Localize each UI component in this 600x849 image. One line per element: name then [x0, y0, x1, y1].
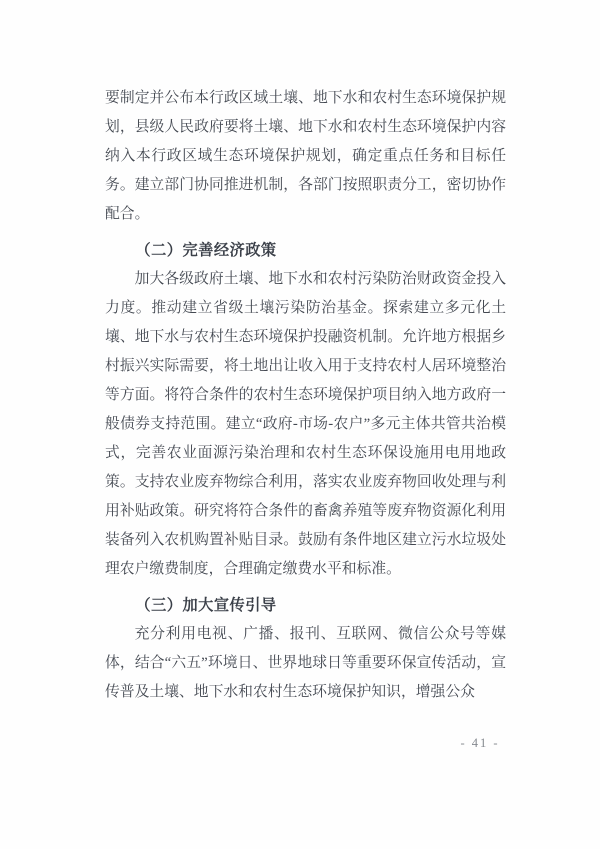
document-page: 要制定并公布本行政区域土壤、地下水和农村生态环境保护规划，县级人民政府要将土壤、… [0, 0, 600, 849]
body-paragraph-continuation: 要制定并公布本行政区域土壤、地下水和农村生态环境保护规划，县级人民政府要将土壤、… [105, 84, 506, 229]
section-heading-3: （三）加大宣传引导 [105, 591, 506, 620]
section-heading-2: （二）完善经济政策 [105, 236, 506, 265]
body-paragraph: 加大各级政府土壤、地下水和农村污染防治财政资金投入力度。推动建立省级土壤污染防治… [105, 265, 506, 584]
document-body: 要制定并公布本行政区域土壤、地下水和农村生态环境保护规划，县级人民政府要将土壤、… [105, 84, 506, 707]
page-number: - 41 - [448, 736, 512, 750]
body-paragraph: 充分利用电视、广播、报刊、互联网、微信公众号等媒体，结合“六五”环境日、世界地球… [105, 620, 506, 707]
